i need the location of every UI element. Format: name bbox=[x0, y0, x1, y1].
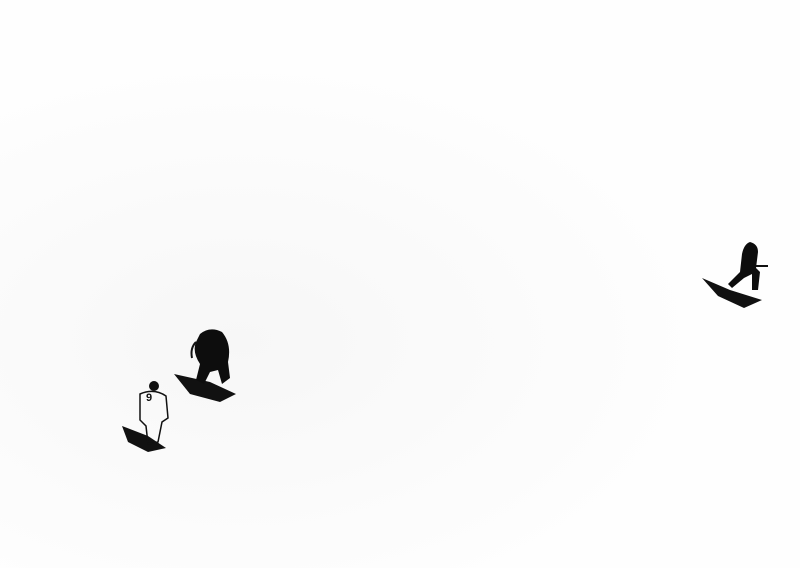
player-number-9 bbox=[118, 376, 178, 456]
jersey-number: 9 bbox=[146, 392, 152, 404]
sketch-canvas: 9 bbox=[0, 0, 800, 568]
player-running-right bbox=[700, 238, 772, 310]
player-dark-kit bbox=[170, 322, 245, 407]
